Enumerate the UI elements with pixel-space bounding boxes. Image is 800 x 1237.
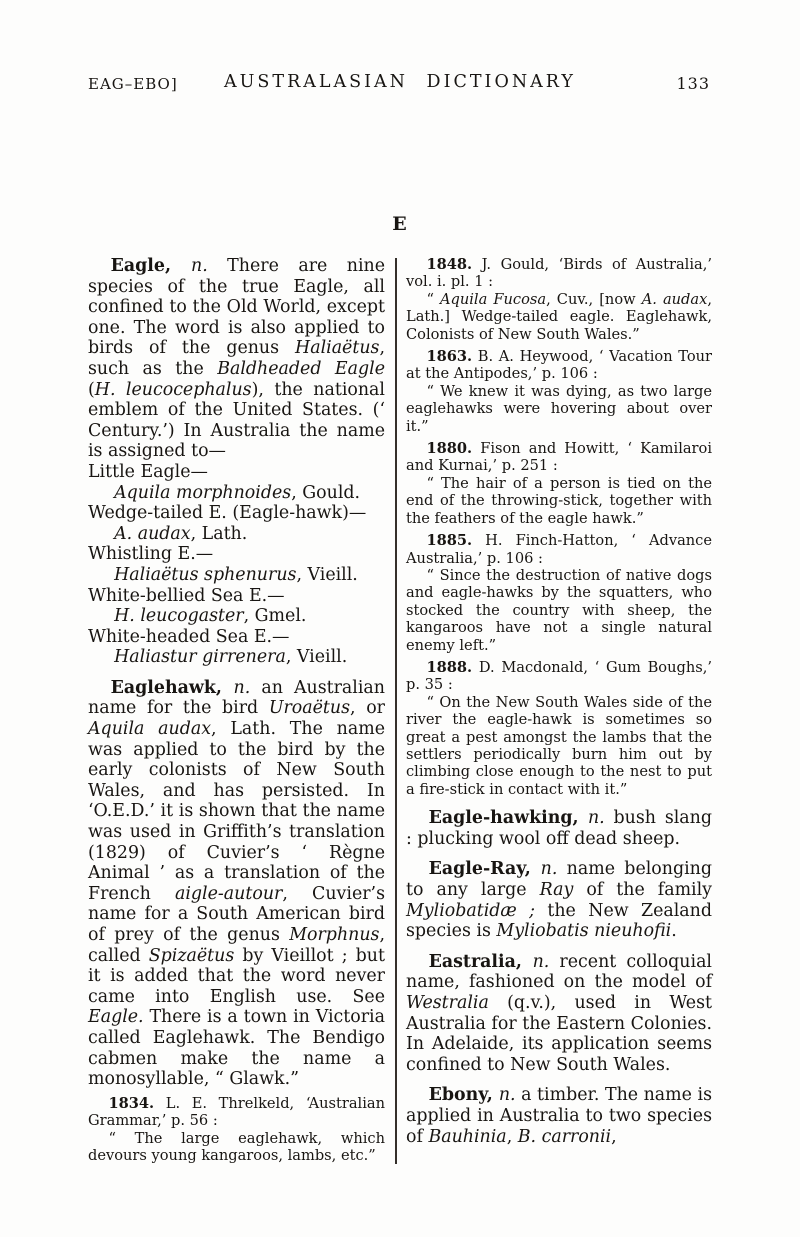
italic-text: Myliobatidæ ; [406, 901, 535, 921]
paragraph-quote: “ The large eaglehawk, which devours you… [88, 1130, 385, 1165]
paragraph-quote: “ We knew it was dying, as two large eag… [406, 383, 712, 435]
paragraph-quote: “ The hair of a person is tied on the en… [406, 475, 712, 527]
italic-text: n. [588, 808, 605, 828]
italic-text: A. audax [114, 524, 191, 544]
page-header: EAG–EBO] AUSTRALASIAN DICTIONARY 133 [88, 72, 712, 96]
text-run: “ On the New South Wales side of the riv… [406, 694, 712, 798]
italic-text: aigle-autour [175, 884, 282, 904]
italic-text: Aquila Fucosa [440, 291, 546, 308]
text-run: , Gmel. [244, 606, 307, 626]
italic-text: Haliastur girrenera [114, 647, 286, 667]
paragraph-quote: “ Since the destruction of native dogs a… [406, 567, 712, 654]
text-run: “ Since the destruction of native dogs a… [406, 567, 712, 654]
text-columns: Eagle, n. There are nine species of the … [88, 256, 712, 1164]
header-page-number: 133 [676, 74, 710, 93]
text-run: , Gould. [291, 483, 360, 503]
paragraph-citation: 1863. B. A. Heywood, ‘ Vacation Tour at … [406, 348, 712, 383]
text-run: White-headed Sea E.— [88, 627, 289, 647]
text-run: , [611, 1127, 617, 1147]
bold-text: Eagle-hawking, [429, 808, 588, 828]
paragraph-list-sub: H. leucogaster, Gmel. [88, 606, 385, 627]
paragraph-list-head: White-bellied Sea E.— [88, 586, 385, 607]
column-divider-rule [395, 258, 397, 1164]
paragraph-entry: Eagle-Ray, n. name belonging to any larg… [406, 859, 712, 941]
text-run: Wedge-tailed E. (Eagle-hawk)— [88, 503, 366, 523]
italic-text: Westralia [406, 993, 489, 1013]
paragraph-entry: Eagle, n. There are nine species of the … [88, 256, 385, 462]
paragraph-quote: “ Aquila Fucosa, Cuv., [now A. audax, La… [406, 291, 712, 343]
italic-text: H. leucogaster [114, 606, 244, 626]
italic-text: H. leucocephalus [95, 380, 252, 400]
text-run: , [507, 1127, 518, 1147]
paragraph-list-head: Little Eagle— [88, 462, 385, 483]
text-run: ( [88, 380, 95, 400]
paragraph-citation: 1885. H. Finch-Hatton, ‘ Advance Austral… [406, 532, 712, 567]
paragraph-entry: Eaglehawk, n. an Australian name for the… [88, 678, 385, 1090]
text-run: “ [426, 291, 440, 308]
paragraph-list-sub: A. audax, Lath. [88, 524, 385, 545]
text-run: . [671, 921, 677, 941]
paragraph-citation: 1880. Fison and Howitt, ‘ Kamilaroi and … [406, 440, 712, 475]
italic-text: Bauhinia [428, 1127, 506, 1147]
paragraph-citation: 1834. L. E. Threlkeld, ‘Australian Gramm… [88, 1095, 385, 1130]
bold-text: Ebony, [429, 1085, 499, 1105]
italic-text: Haliaëtus [295, 338, 379, 358]
text-run: , Lath. The name was applied to the bird… [88, 719, 385, 904]
italic-text: Myliobatis nieuhofii [496, 921, 671, 941]
text-run: Whistling E.— [88, 544, 213, 564]
italic-text: n. [533, 952, 550, 972]
bold-text: 1863. [426, 348, 472, 365]
text-run: , Lath. [191, 524, 248, 544]
paragraph-list-sub: Haliaëtus sphenurus, Vieill. [88, 565, 385, 586]
italic-text: Eagle. [88, 1007, 144, 1027]
bold-text: 1885. [426, 532, 472, 549]
italic-text: n. [191, 256, 208, 276]
paragraph-list-sub: Aquila morphnoides, Gould. [88, 483, 385, 504]
text-run: “ We knew it was dying, as two large eag… [406, 383, 712, 435]
italic-text: Haliaëtus sphenurus [114, 565, 296, 585]
paragraph-citation: 1848. J. Gould, ‘Birds of Australia,’ vo… [406, 256, 712, 291]
right-column: 1848. J. Gould, ‘Birds of Australia,’ vo… [406, 256, 712, 1164]
bold-text: 1834. [108, 1095, 154, 1112]
text-run: , Vieill. [296, 565, 357, 585]
text-run: “ The large eaglehawk, which devours you… [88, 1130, 385, 1164]
text-run: , Vieill. [286, 647, 347, 667]
italic-text: Morphnus [289, 925, 379, 945]
italic-text: Spizaëtus [149, 946, 235, 966]
bold-text: Eagle, [111, 256, 191, 276]
left-column: Eagle, n. There are nine species of the … [88, 256, 385, 1164]
header-book-title: AUSTRALASIAN DICTIONARY [88, 72, 712, 92]
paragraph-entry: Ebony, n. a timber. The name is applied … [406, 1085, 712, 1147]
paragraph-list-sub: Haliastur girrenera, Vieill. [88, 647, 385, 668]
text-run: White-bellied Sea E.— [88, 586, 285, 606]
italic-text: Baldheaded Eagle [217, 359, 385, 379]
bold-text: Eaglehawk, [111, 678, 234, 698]
section-letter: E [0, 213, 800, 235]
text-run: Little Eagle— [88, 462, 208, 482]
bold-text: 1880. [426, 440, 472, 457]
paragraph-quote: “ On the New South Wales side of the riv… [406, 694, 712, 798]
paragraph-list-head: Wedge-tailed E. (Eagle-hawk)— [88, 503, 385, 524]
bold-text: 1888. [426, 659, 472, 676]
text-run: “ The hair of a person is tied on the en… [406, 475, 712, 527]
paragraph-entry: Eastralia, n. recent colloquial name, fa… [406, 952, 712, 1076]
bold-text: Eastralia, [429, 952, 533, 972]
italic-text: A. audax [642, 291, 708, 308]
paragraph-entry: Eagle-hawking, n. bush slang : plucking … [406, 808, 712, 849]
paragraph-citation: 1888. D. Macdonald, ‘ Gum Boughs,’ p. 35… [406, 659, 712, 694]
paragraph-list-head: White-headed Sea E.— [88, 627, 385, 648]
italic-text: Ray [540, 880, 574, 900]
italic-text: Uroaëtus [269, 698, 350, 718]
italic-text: Aquila audax [88, 719, 211, 739]
paragraph-list-head: Whistling E.— [88, 544, 385, 565]
dictionary-page: EAG–EBO] AUSTRALASIAN DICTIONARY 133 E E… [0, 0, 800, 1237]
italic-text: Aquila morphnoides [114, 483, 291, 503]
text-run: of the family [573, 880, 712, 900]
text-run: , or [350, 698, 385, 718]
italic-text: B. carronii [518, 1127, 611, 1147]
italic-text: n. [234, 678, 251, 698]
italic-text: n. [499, 1085, 516, 1105]
text-run: , Cuv., [now [546, 291, 642, 308]
bold-text: 1848. [426, 256, 472, 273]
bold-text: Eagle-Ray, [429, 859, 541, 879]
italic-text: n. [541, 859, 558, 879]
